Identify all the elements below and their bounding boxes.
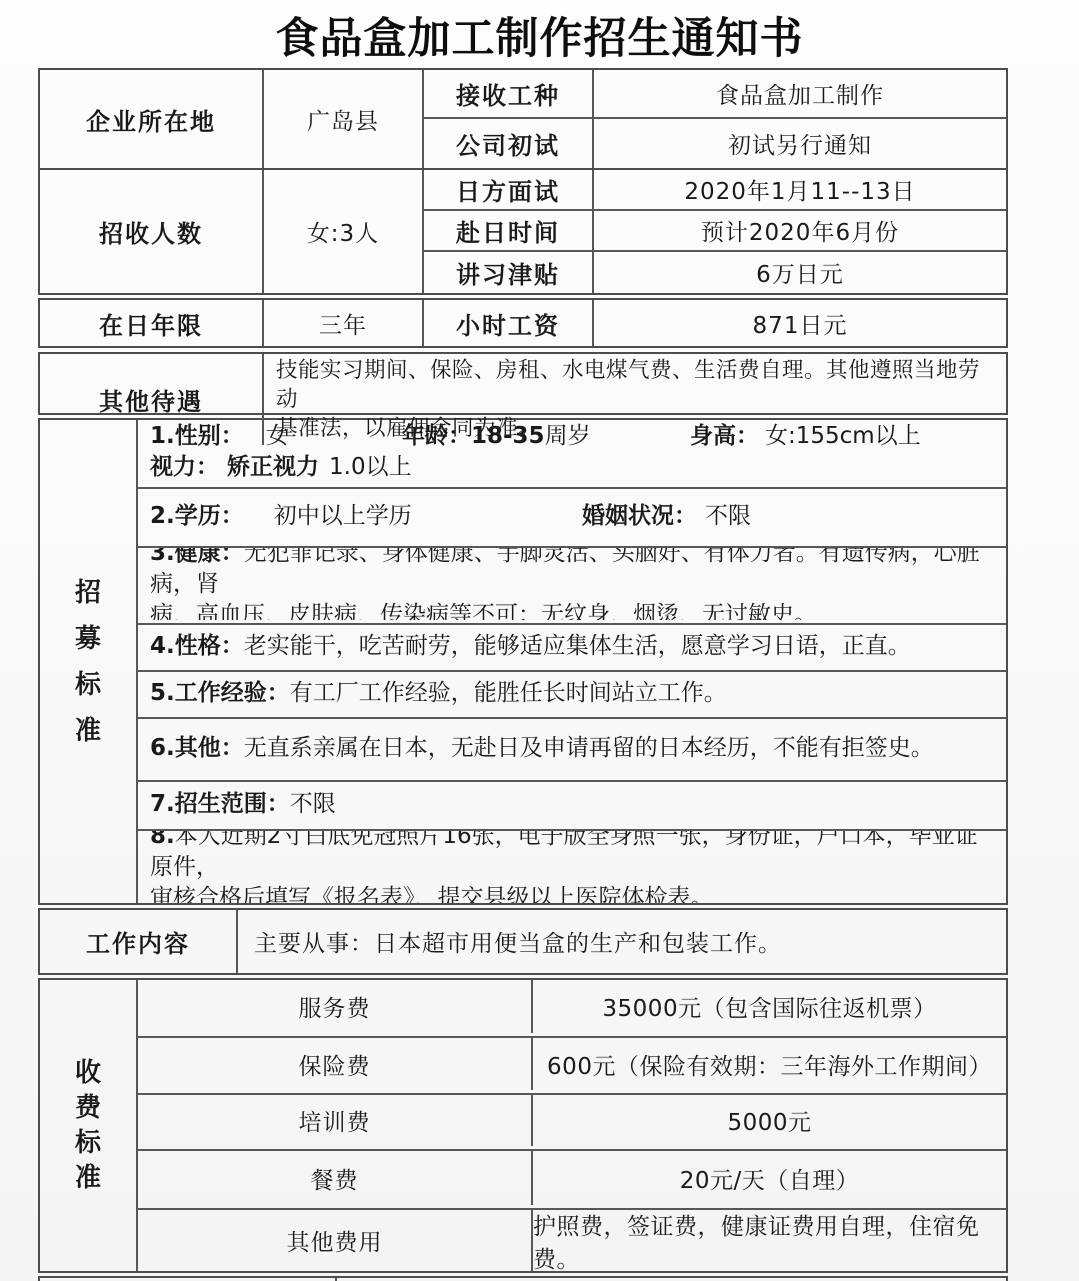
health-value: 无犯罪记录、身体健康、手脚灵活、头脑好、有体力者。有遗传病，心脏病，肾 病，高血… bbox=[150, 546, 980, 620]
vlabel-char: 募 bbox=[75, 616, 101, 662]
fee-name: 餐费 bbox=[138, 1151, 533, 1205]
fee-name: 保险费 bbox=[138, 1038, 533, 1090]
age-label: 年龄： bbox=[402, 423, 471, 449]
character-value: 老实能干，吃苦耐劳，能够适应集体生活，愿意学习日语，正直。 bbox=[244, 633, 911, 659]
document-title: 食品盒加工制作招生通知书 bbox=[0, 5, 1079, 66]
experience-value: 有工厂工作经验，能胜任长时间站立工作。 bbox=[290, 680, 727, 706]
height-group: 身高：女:155cm以上 bbox=[690, 421, 921, 452]
fee-value: 20元/天（自理） bbox=[533, 1151, 1006, 1205]
fee-name: 服务费 bbox=[138, 980, 533, 1033]
item-other: 6.其他：无直系亲属在日本，无赴日及申请再留的日本经历，不能有拒签史。 bbox=[138, 717, 1006, 777]
item8-text: 8.本人近期2寸白底免冠照片16张，电子版全身照一张，身份证，户口本，毕业证原件… bbox=[150, 829, 994, 903]
section-years-wage: 在日年限 三年 小时工资 871日元 bbox=[38, 298, 1008, 348]
marriage-value: 不限 bbox=[705, 501, 751, 532]
depart-time-value: 预计2020年6月份 bbox=[594, 211, 1006, 252]
documents-value: 本人近期2寸白底免冠照片16张，电子版全身照一张，身份证，户口本，毕业证原件， … bbox=[150, 829, 978, 903]
recruit-standards-vertical-label: 招 募 标 准 bbox=[40, 420, 138, 903]
education-group: 2.学历：初中以上学历 bbox=[150, 501, 582, 532]
section-recruit-standards: 招 募 标 准 1.性别：女 年龄：18-35周岁 身高：女:155cm以上 视… bbox=[38, 418, 1008, 905]
work-content-label: 工作内容 bbox=[40, 910, 238, 973]
item-scope: 7.招生范围：不限 bbox=[138, 780, 1006, 826]
item-health: 3.健康：无犯罪记录、身体健康、手脚灵活、头脑好、有体力者。有遗传病，心脏病，肾… bbox=[138, 546, 1006, 620]
item-experience: 5.工作经验：有工厂工作经验，能胜任长时间站立工作。 bbox=[138, 670, 1006, 714]
years-label: 在日年限 bbox=[40, 300, 264, 346]
education-label: 2.学历： bbox=[150, 503, 244, 529]
fee-value: 护照费，签证费，健康证费用自理，住宿免费。 bbox=[533, 1210, 1006, 1271]
experience-label: 5.工作经验： bbox=[150, 680, 290, 706]
company-location-label: 企业所在地 bbox=[40, 70, 264, 168]
age-group: 年龄：18-35周岁 bbox=[402, 421, 690, 452]
vlabel-char: 标 bbox=[75, 662, 101, 708]
wage-label: 小时工资 bbox=[424, 300, 594, 346]
age-unit: 周岁 bbox=[545, 423, 591, 449]
health-label: 3.健康： bbox=[150, 546, 244, 566]
fee-standards-vertical-label: 收 费 标 准 bbox=[40, 980, 138, 1271]
recruit-count-value: 女:3人 bbox=[264, 170, 424, 293]
years-value: 三年 bbox=[264, 300, 424, 346]
allowance-label: 讲习津贴 bbox=[424, 252, 594, 293]
document-page: 食品盒加工制作招生通知书 企业所在地 广岛县 接收工种 食品盒加工制作 公司初试… bbox=[0, 0, 1079, 1281]
character-label: 4.性格： bbox=[150, 633, 244, 659]
scope-value: 不限 bbox=[290, 791, 336, 817]
vlabel-char: 标 bbox=[75, 1126, 101, 1161]
documents-label: 8. bbox=[150, 829, 175, 849]
section-fee-standards: 收 费 标 准 服务费 35000元（包含国际往返机票） 保险费 600元（保险… bbox=[38, 978, 1008, 1273]
item-documents: 8.本人近期2寸白底免冠照片16张，电子版全身照一张，身份证，户口本，毕业证原件… bbox=[138, 829, 1006, 903]
education-value: 初中以上学历 bbox=[274, 503, 412, 529]
item7-text: 7.招生范围：不限 bbox=[150, 789, 994, 820]
other-value: 无直系亲属在日本，无赴日及申请再留的日本经历，不能有拒签史。 bbox=[244, 735, 934, 761]
wage-value: 871日元 bbox=[594, 300, 1006, 346]
recruit-count-label: 招收人数 bbox=[40, 170, 264, 293]
depart-time-label: 赴日时间 bbox=[424, 211, 594, 252]
first-test-value: 初试另行通知 bbox=[594, 119, 1006, 168]
scope-label: 7.招生范围： bbox=[150, 791, 290, 817]
fee-value: 600元（保险有效期：三年海外工作期间） bbox=[533, 1038, 1006, 1090]
height-value: 女:155cm以上 bbox=[765, 423, 921, 449]
item1-line2: 视力：矫正视力1.0以上 bbox=[150, 452, 994, 483]
item2-line: 2.学历：初中以上学历 婚姻状况：不限 bbox=[150, 501, 994, 532]
first-test-label: 公司初试 bbox=[424, 119, 594, 168]
fee-row-meals: 餐费 20元/天（自理） bbox=[138, 1149, 1006, 1205]
item-gender-age-height: 1.性别：女 年龄：18-35周岁 身高：女:155cm以上 视力：矫正视力1.… bbox=[138, 420, 1006, 484]
other-label: 6.其他： bbox=[150, 735, 244, 761]
notice-table: 企业所在地 广岛县 接收工种 食品盒加工制作 公司初试 初试另行通知 招收人数 … bbox=[38, 68, 1008, 1281]
item4-text: 4.性格：老实能干，吃苦耐劳，能够适应集体生活，愿意学习日语，正直。 bbox=[150, 631, 994, 662]
vlabel-char: 招 bbox=[75, 570, 101, 616]
fee-row-service: 服务费 35000元（包含国际往返机票） bbox=[138, 980, 1006, 1033]
item1-line1: 1.性别：女 年龄：18-35周岁 身高：女:155cm以上 bbox=[150, 421, 994, 452]
fee-value: 5000元 bbox=[533, 1095, 1006, 1146]
fee-row-training: 培训费 5000元 bbox=[138, 1093, 1006, 1146]
gender-value: 女 bbox=[266, 423, 289, 449]
marriage-label: 婚姻状况： bbox=[582, 501, 697, 532]
vision-req: 矫正视力 bbox=[227, 452, 319, 483]
vision-value: 1.0以上 bbox=[329, 452, 412, 483]
section-benefits: 其他待遇 技能实习期间、保险、房租、水电煤气费、生活费自理。其他遵照当地劳动 基… bbox=[38, 352, 1008, 415]
job-type-label: 接收工种 bbox=[424, 70, 594, 119]
section-recruit-count: 招收人数 女:3人 日方面试 2020年1月11--13日 赴日时间 预计202… bbox=[38, 170, 1008, 295]
vision-label: 视力： bbox=[150, 452, 219, 483]
vlabel-char: 费 bbox=[75, 1091, 101, 1126]
work-content-value: 主要从事：日本超市用便当盒的生产和包装工作。 bbox=[238, 910, 1006, 973]
vlabel-char: 准 bbox=[75, 1161, 101, 1196]
section-cutoff-row bbox=[38, 1276, 1008, 1281]
company-location-value: 广岛县 bbox=[264, 70, 424, 168]
section-work-content: 工作内容 主要从事：日本超市用便当盒的生产和包装工作。 bbox=[38, 908, 1008, 975]
vlabel-char: 收 bbox=[75, 1056, 101, 1091]
age-range: 18-35 bbox=[471, 423, 545, 449]
section-company-info: 企业所在地 广岛县 接收工种 食品盒加工制作 公司初试 初试另行通知 bbox=[38, 68, 1008, 170]
fee-rows: 服务费 35000元（包含国际往返机票） 保险费 600元（保险有效期：三年海外… bbox=[138, 980, 1006, 1271]
job-type-value: 食品盒加工制作 bbox=[594, 70, 1006, 119]
fee-row-other: 其他费用 护照费，签证费，健康证费用自理，住宿免费。 bbox=[138, 1208, 1006, 1271]
allowance-value: 6万日元 bbox=[594, 252, 1006, 293]
height-label: 身高： bbox=[690, 423, 759, 449]
fee-value: 35000元（包含国际往返机票） bbox=[533, 980, 1006, 1033]
gender-group: 1.性别：女 bbox=[150, 421, 402, 452]
item5-text: 5.工作经验：有工厂工作经验，能胜任长时间站立工作。 bbox=[150, 678, 994, 709]
jp-interview-label: 日方面试 bbox=[424, 170, 594, 211]
item-character: 4.性格：老实能干，吃苦耐劳，能够适应集体生活，愿意学习日语，正直。 bbox=[138, 623, 1006, 667]
fee-row-insurance: 保险费 600元（保险有效期：三年海外工作期间） bbox=[138, 1036, 1006, 1090]
item6-text: 6.其他：无直系亲属在日本，无赴日及申请再留的日本经历，不能有拒签史。 bbox=[150, 733, 994, 764]
item-education-marriage: 2.学历：初中以上学历 婚姻状况：不限 bbox=[138, 487, 1006, 543]
recruit-standards-items: 1.性别：女 年龄：18-35周岁 身高：女:155cm以上 视力：矫正视力1.… bbox=[138, 420, 1006, 903]
gender-label: 1.性别： bbox=[150, 423, 244, 449]
fee-name: 其他费用 bbox=[138, 1210, 533, 1271]
item3-text: 3.健康：无犯罪记录、身体健康、手脚灵活、头脑好、有体力者。有遗传病，心脏病，肾… bbox=[150, 546, 994, 620]
fee-name: 培训费 bbox=[138, 1095, 533, 1146]
jp-interview-value: 2020年1月11--13日 bbox=[594, 170, 1006, 211]
vlabel-char: 准 bbox=[75, 708, 101, 754]
